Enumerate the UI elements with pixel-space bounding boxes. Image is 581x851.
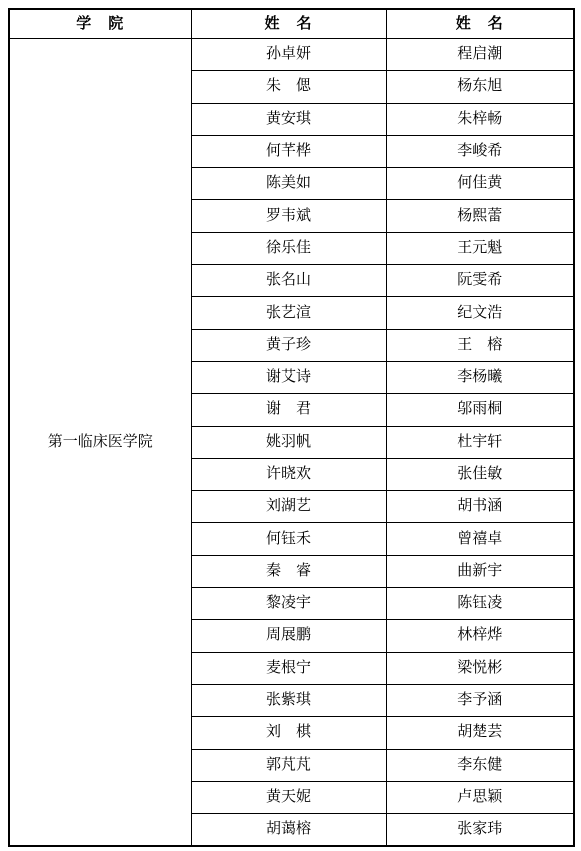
student-name-cell: 罗韦斌 <box>191 200 386 232</box>
student-name-cell: 黄安琪 <box>191 103 386 135</box>
student-name-cell: 谢艾诗 <box>191 361 386 393</box>
student-name-cell: 姚羽帆 <box>191 426 386 458</box>
student-name-cell: 胡蔼榕 <box>191 814 386 847</box>
student-name-cell: 李东健 <box>386 749 574 781</box>
name-column-header-1: 姓 名 <box>191 9 386 39</box>
table-body: 第一临床医学院孙卓妍程启潮朱 偲杨东旭黄安琪朱梓畅何芊桦李峻希陈美如何佳黄罗韦斌… <box>9 39 574 847</box>
student-name-cell: 梁悦彬 <box>386 652 574 684</box>
student-name-cell: 郭芃芃 <box>191 749 386 781</box>
student-name-cell: 张佳敏 <box>386 458 574 490</box>
student-name-cell: 曾禧卓 <box>386 523 574 555</box>
student-name-cell: 张紫琪 <box>191 684 386 716</box>
student-name-cell: 杨东旭 <box>386 71 574 103</box>
student-name-cell: 纪文浩 <box>386 297 574 329</box>
student-name-cell: 曲新宇 <box>386 555 574 587</box>
student-name-cell: 阮雯希 <box>386 265 574 297</box>
student-name-cell: 胡楚芸 <box>386 717 574 749</box>
student-name-cell: 李峻希 <box>386 135 574 167</box>
student-name-cell: 张艺渲 <box>191 297 386 329</box>
student-name-cell: 李予涵 <box>386 684 574 716</box>
student-name-cell: 杨熙蕾 <box>386 200 574 232</box>
student-name-cell: 卢思颖 <box>386 781 574 813</box>
college-cell: 第一临床医学院 <box>9 39 191 847</box>
student-name-cell: 陈美如 <box>191 168 386 200</box>
student-name-cell: 张家玮 <box>386 814 574 847</box>
student-name-cell: 邬雨桐 <box>386 394 574 426</box>
student-name-cell: 黄子珍 <box>191 329 386 361</box>
student-name-cell: 周展鹏 <box>191 620 386 652</box>
student-name-cell: 李杨曦 <box>386 361 574 393</box>
student-roster-table: 学 院 姓 名 姓 名 第一临床医学院孙卓妍程启潮朱 偲杨东旭黄安琪朱梓畅何芊桦… <box>8 8 575 847</box>
table-row: 第一临床医学院孙卓妍程启潮 <box>9 39 574 71</box>
student-name-cell: 孙卓妍 <box>191 39 386 71</box>
student-name-cell: 陈钰凌 <box>386 588 574 620</box>
header-row: 学 院 姓 名 姓 名 <box>9 9 574 39</box>
student-name-cell: 何钰禾 <box>191 523 386 555</box>
student-name-cell: 朱 偲 <box>191 71 386 103</box>
student-name-cell: 何芊桦 <box>191 135 386 167</box>
student-name-cell: 黎凌宇 <box>191 588 386 620</box>
student-name-cell: 王 榕 <box>386 329 574 361</box>
student-name-cell: 朱梓畅 <box>386 103 574 135</box>
student-name-cell: 胡书涵 <box>386 491 574 523</box>
student-name-cell: 刘湖艺 <box>191 491 386 523</box>
student-name-cell: 何佳黄 <box>386 168 574 200</box>
student-name-cell: 徐乐佳 <box>191 232 386 264</box>
student-name-cell: 刘 棋 <box>191 717 386 749</box>
student-name-cell: 杜宇轩 <box>386 426 574 458</box>
student-name-cell: 张名山 <box>191 265 386 297</box>
student-name-cell: 林梓烨 <box>386 620 574 652</box>
student-name-cell: 麦根宁 <box>191 652 386 684</box>
student-name-cell: 黄天妮 <box>191 781 386 813</box>
student-name-cell: 谢 君 <box>191 394 386 426</box>
student-name-cell: 秦 睿 <box>191 555 386 587</box>
student-name-cell: 程启潮 <box>386 39 574 71</box>
student-name-cell: 王元魁 <box>386 232 574 264</box>
college-column-header: 学 院 <box>9 9 191 39</box>
student-name-cell: 许晓欢 <box>191 458 386 490</box>
name-column-header-2: 姓 名 <box>386 9 574 39</box>
